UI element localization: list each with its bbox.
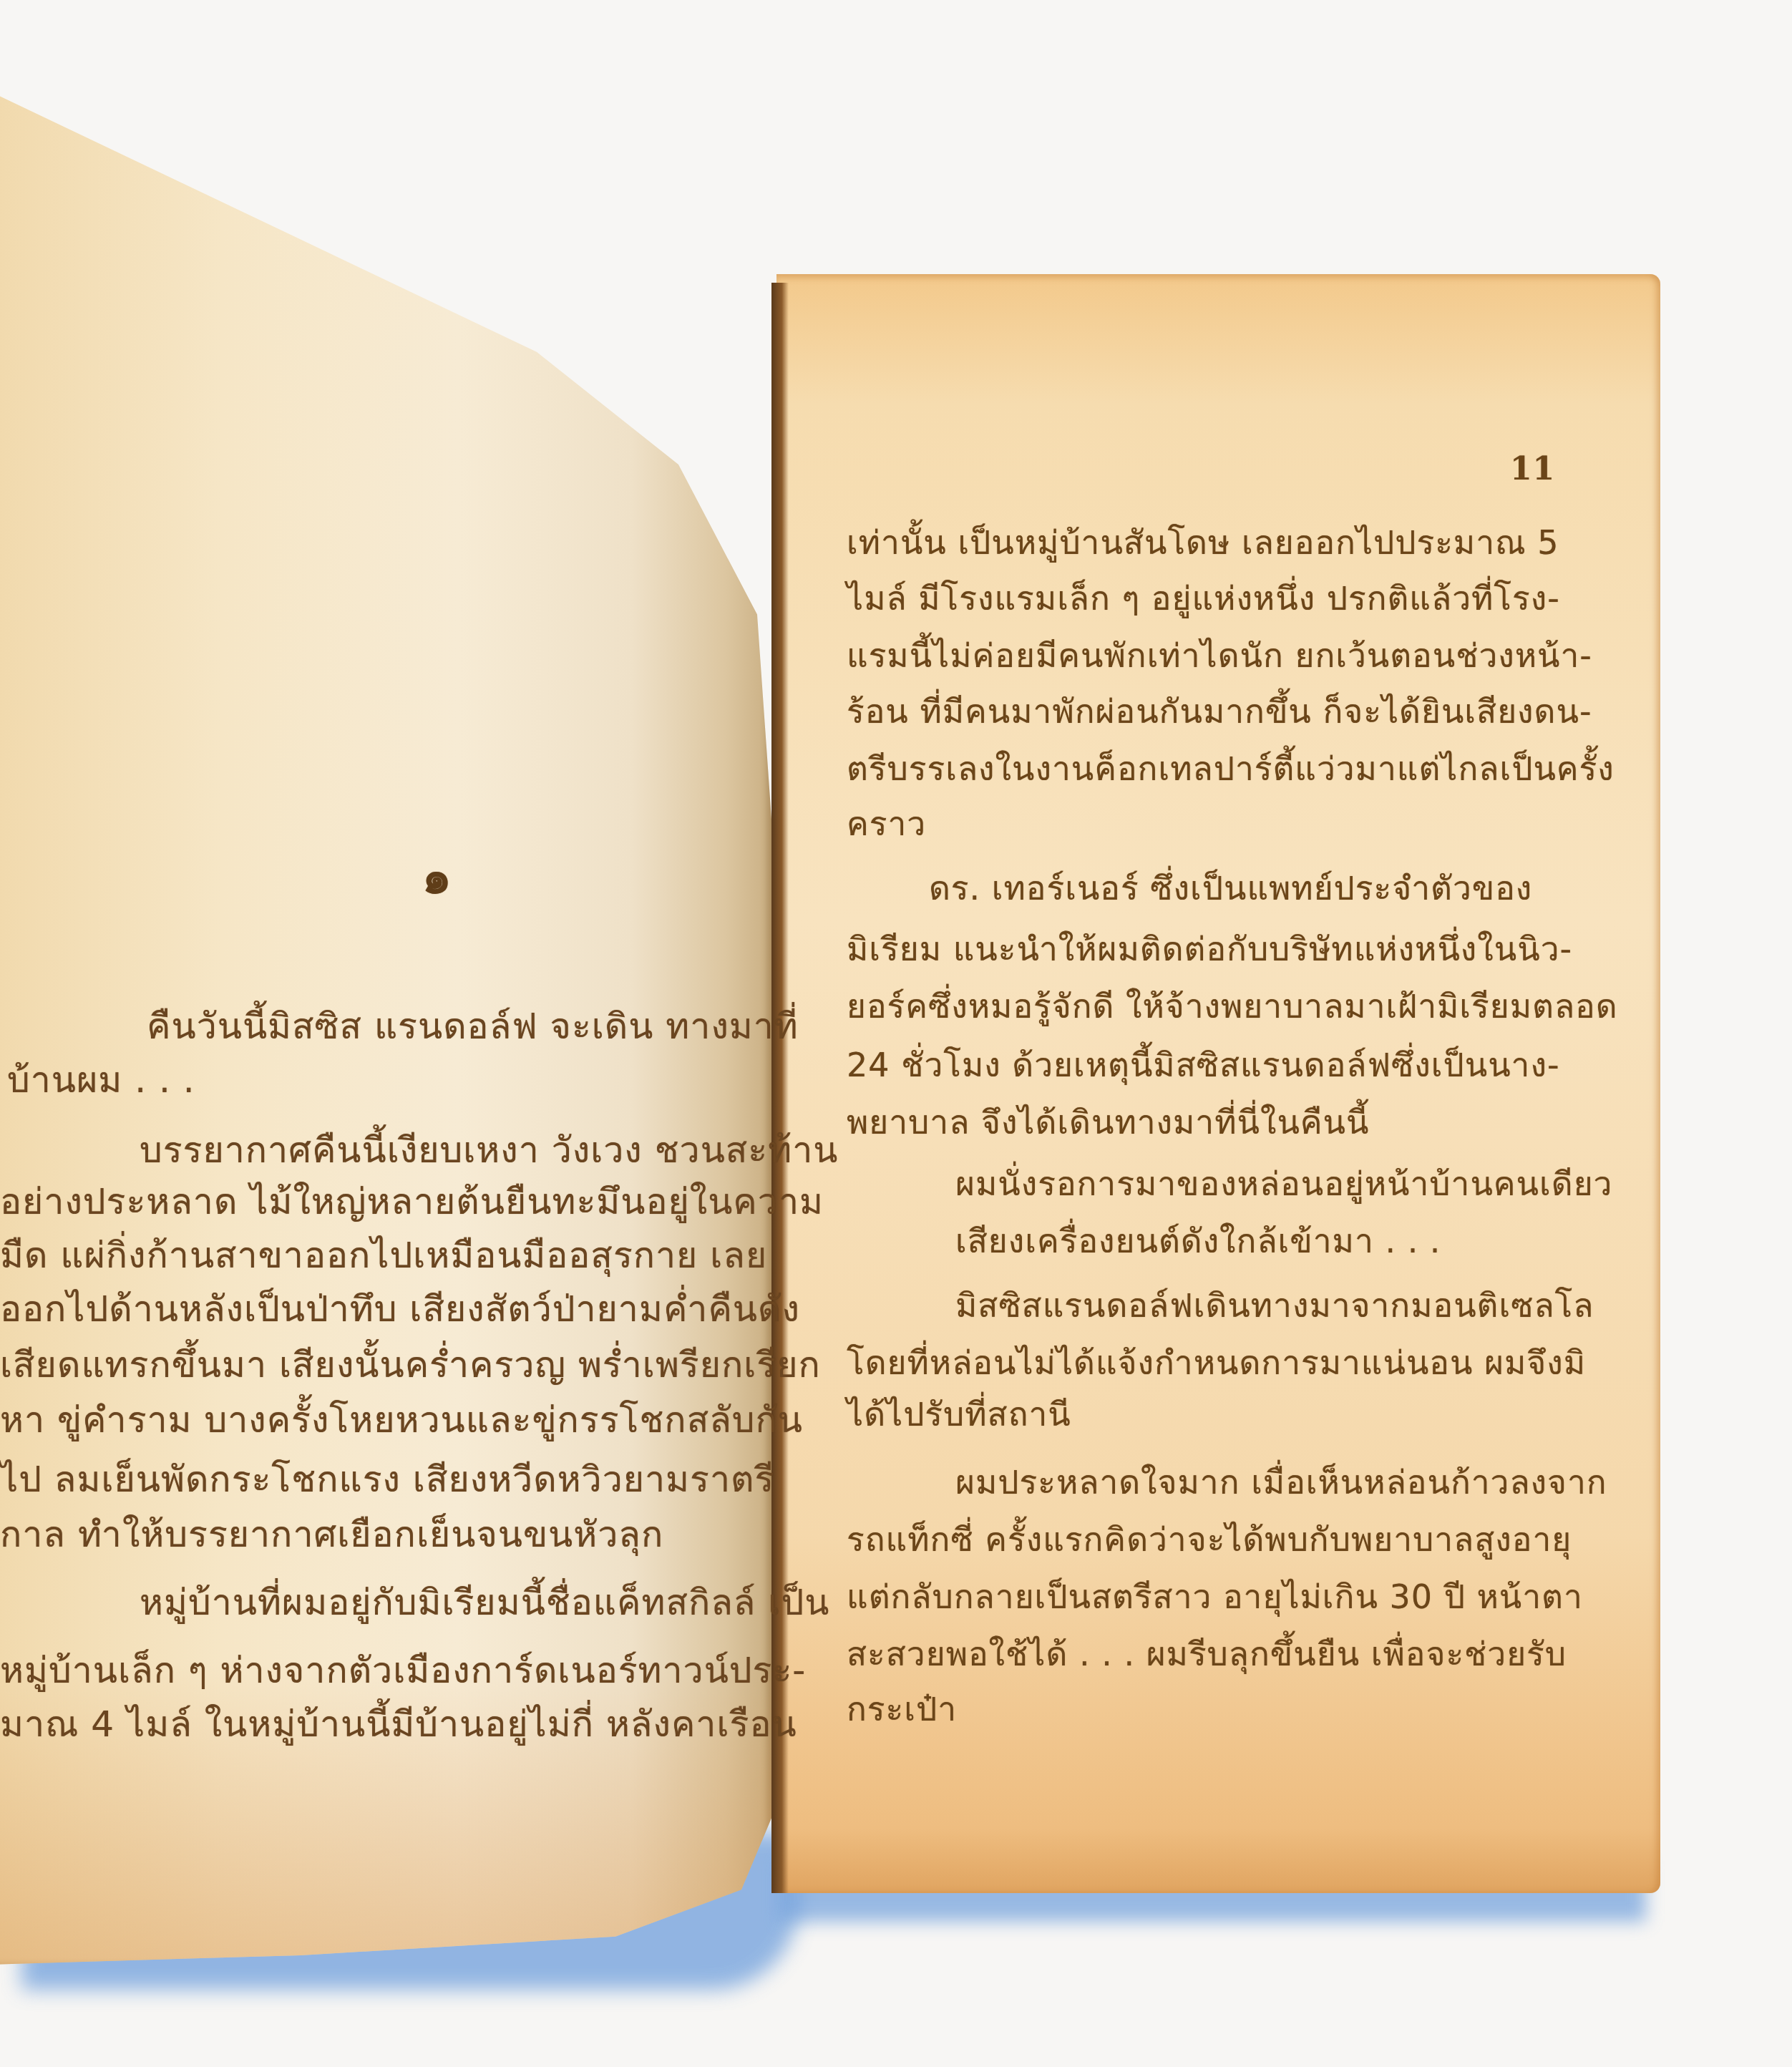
right-line: มิสซิสแรนดอล์ฟเดินทางมาจากมอนติเซลโล (955, 1280, 1594, 1332)
right-line: มิเรียม แนะนำให้ผมติดต่อกับบริษัทแห่งหนึ… (847, 923, 1572, 976)
left-line: อย่างประหลาด ไม้ใหญ่หลายต้นยืนทะมึนอยู่ใ… (0, 1174, 824, 1230)
right-line: คราว (847, 798, 926, 850)
left-line: ไป ลมเย็นพัดกระโชกแรง เสียงหวีดหวิวยามรา… (0, 1451, 774, 1508)
left-line: บรรยากาศคืนนี้เงียบเหงา วังเวง ชวนสะท้าน (140, 1122, 838, 1179)
chapter-marker: ๑ (422, 841, 452, 914)
right-line: ผมประหลาดใจมาก เมื่อเห็นหล่อนก้าวลงจาก (955, 1456, 1607, 1509)
right-line: ได้ไปรับที่สถานี (847, 1388, 1071, 1441)
left-line: มืด แผ่กิ่งก้านสาขาออกไปเหมือนมืออสุรกาย… (0, 1227, 767, 1284)
left-line: ออกไปด้านหลังเป็นป่าทึบ เสียงสัตว์ป่ายาม… (0, 1281, 800, 1338)
left-line: คืนวันนี้มิสซิส แรนดอล์ฟ จะเดิน ทางมาที่ (147, 998, 799, 1055)
left-line: มาณ 4 ไมล์ ในหมู่บ้านนี้มีบ้านอยู่ไม่กี่… (0, 1696, 797, 1753)
right-line: พยาบาล จึงได้เดินทางมาที่นี่ในคืนนี้ (847, 1096, 1370, 1149)
book-photo: ๑ คืนวันนี้มิสซิส แรนดอล์ฟ จะเดิน ทางมาท… (0, 0, 1792, 2067)
right-line: โดยที่หล่อนไม่ได้แจ้งกำหนดการมาแน่นอน ผม… (847, 1337, 1586, 1389)
page-number: 11 (1510, 451, 1555, 487)
left-line: บ้านผม . . . (7, 1052, 195, 1109)
right-line: ผมนั่งรอการมาของหล่อนอยู่หน้าบ้านคนเดียว (955, 1158, 1612, 1210)
left-line: หมู่บ้านที่ผมอยู่กับมิเรียมนี้ชื่อแค็ทสก… (140, 1575, 829, 1631)
right-line: กระเป๋า (847, 1683, 957, 1736)
right-line: เสียงเครื่องยนต์ดังใกล้เข้ามา . . . (955, 1215, 1441, 1268)
right-line: แต่กลับกลายเป็นสตรีสาว อายุไม่เกิน 30 ปี… (847, 1571, 1583, 1623)
right-line: ตรีบรรเลงในงานค็อกเทลปาร์ตี้แว่วมาแต่ไกล… (847, 743, 1615, 795)
right-line: ยอร์คซึ่งหมอรู้จักดี ให้จ้างพยาบาลมาเฝ้า… (847, 981, 1618, 1033)
right-line: เท่านั้น เป็นหมู่บ้านสันโดษ เลยออกไปประม… (847, 517, 1559, 569)
right-line: ไมล์ มีโรงแรมเล็ก ๆ อยู่แห่งหนึ่ง ปรกติแ… (847, 573, 1560, 625)
left-line: เสียดแทรกขึ้นมา เสียงนั้นคร่ำครวญ พร่ำเพ… (0, 1337, 821, 1394)
right-line: รถแท็กซี่ ครั้งแรกคิดว่าจะได้พบกับพยาบาล… (847, 1514, 1572, 1566)
right-line: ดร. เทอร์เนอร์ ซึ่งเป็นแพทย์ประจำตัวของ (929, 862, 1532, 915)
left-line: หมู่บ้านเล็ก ๆ ห่างจากตัวเมืองการ์ดเนอร์… (0, 1643, 806, 1699)
right-line: สะสวยพอใช้ได้ . . . ผมรีบลุกขึ้นยืน เพื่… (847, 1628, 1567, 1681)
right-line: แรมนี้ไม่ค่อยมีคนพักเท่าไดนัก ยกเว้นตอนช… (847, 630, 1592, 682)
right-line: ร้อน ที่มีคนมาพักผ่อนกันมากขึ้น ก็จะได้ย… (847, 686, 1592, 738)
left-line: หา ขู่คำราม บางครั้งโหยหวนและขู่กรรโชกสล… (0, 1392, 803, 1449)
right-line: 24 ชั่วโมง ด้วยเหตุนี้มิสซิสแรนดอล์ฟซึ่ง… (847, 1039, 1559, 1091)
left-line: กาล ทำให้บรรยากาศเยือกเย็นจนขนหัวลุก (0, 1507, 663, 1563)
